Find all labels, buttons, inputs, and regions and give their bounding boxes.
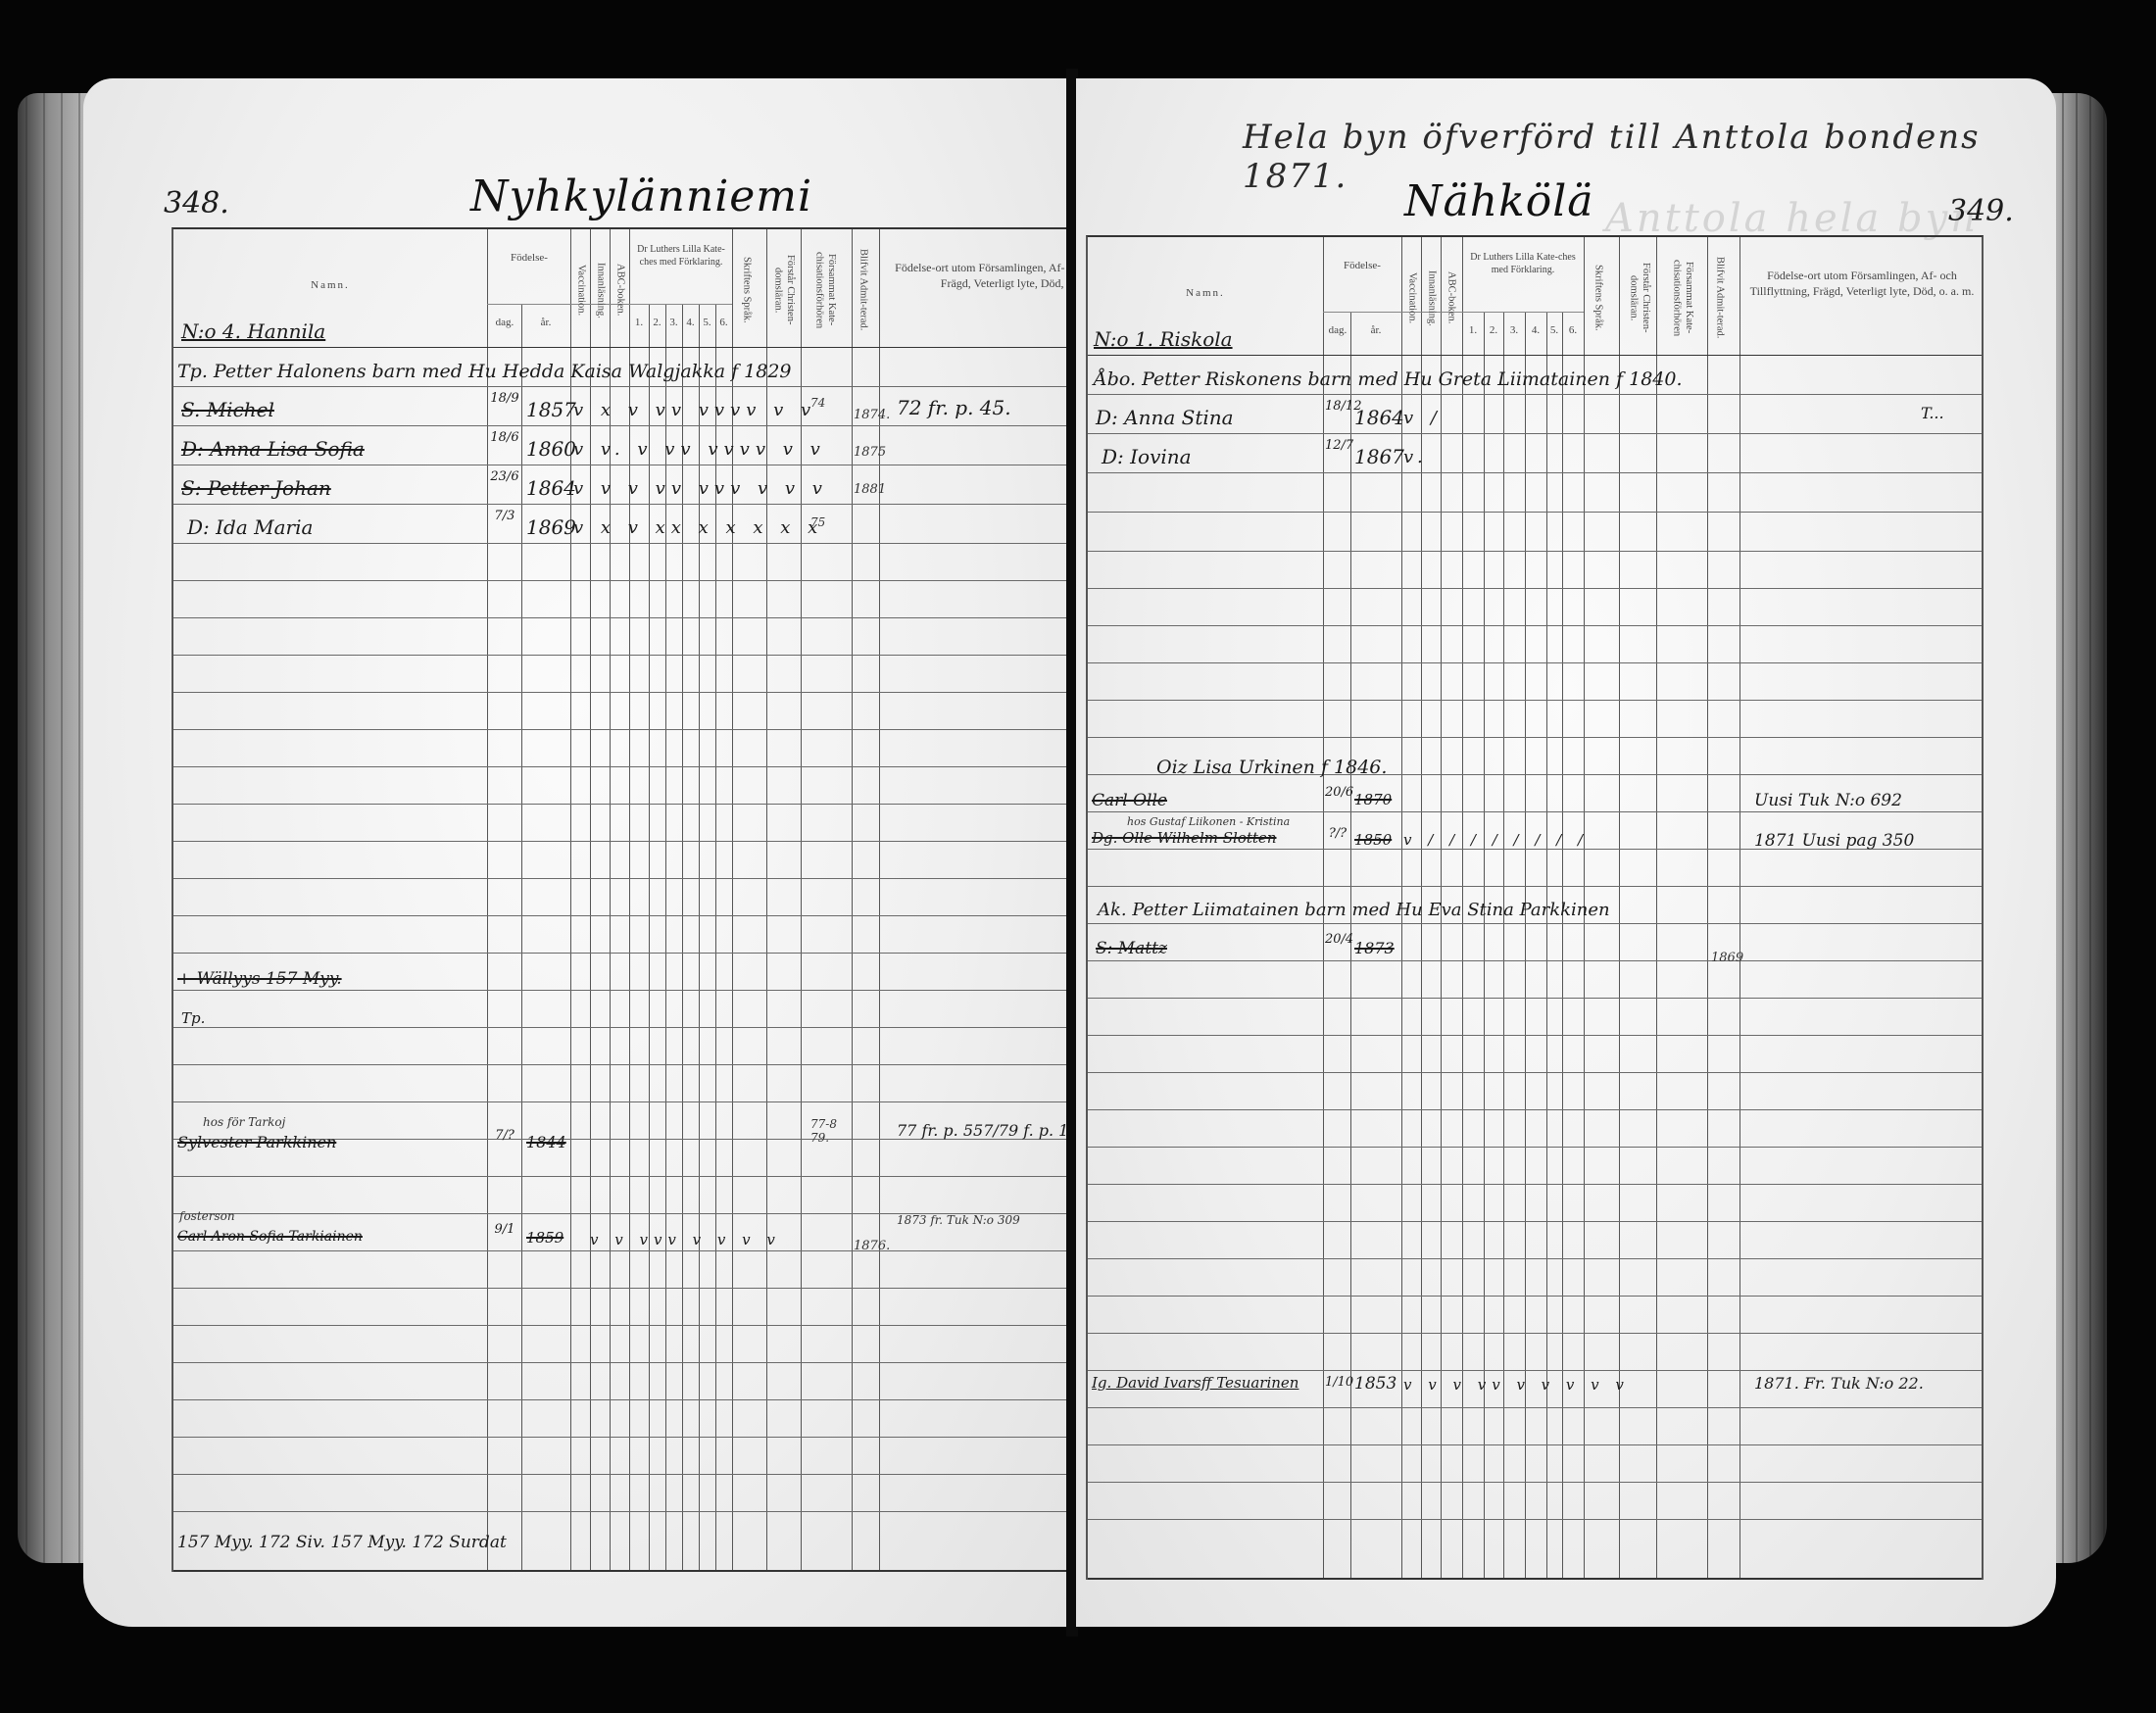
header-birth: Födelse- bbox=[489, 251, 569, 265]
header-abc-book: ABC-boken. bbox=[613, 237, 626, 343]
household-head-entry: Ak. Petter Liimatainen barn med Hu Eva S… bbox=[1098, 900, 1610, 920]
foster-note: hos för Tarkoj bbox=[203, 1115, 285, 1129]
birth-day: 9/1 bbox=[489, 1223, 520, 1237]
remark: 1871. Fr. Tuk N:o 22. bbox=[1754, 1374, 1924, 1393]
register-table-right: Namn. Födelse- dag. år. Vaccination. Inn… bbox=[1086, 235, 1984, 1580]
exam-marks: v. bbox=[1403, 447, 1429, 467]
register-table-left: Namn. Födelse- dag. år. Vaccination. Inn… bbox=[171, 227, 1163, 1572]
entry-note: hos Gustaf Liikonen - Kristina bbox=[1127, 815, 1290, 828]
village-title-left: Nyhkylänniemi bbox=[470, 171, 812, 221]
exam-marks: v x v vv vvvv v v bbox=[573, 400, 816, 420]
exam-marks: v / bbox=[1403, 408, 1443, 428]
person-name: Carl Aron Sofia Tarkiainen bbox=[177, 1229, 363, 1245]
page-number-right: 349. bbox=[1948, 194, 2014, 228]
header-catechism-5: 5. bbox=[699, 316, 715, 329]
header-christian-doctrine: Förstår Christen-domsläran. bbox=[771, 237, 796, 343]
household-head-entry: Åbo. Petter Riskonens barn med Hu Greta … bbox=[1094, 368, 1683, 390]
birth-year: 1860 bbox=[526, 437, 576, 461]
birth-year: 1864 bbox=[1354, 406, 1404, 429]
header-catechism: Dr Luthers Lilla Kate-ches med Förklarin… bbox=[1463, 251, 1583, 276]
exam-marks: v v v vv vvv v v v bbox=[573, 478, 828, 499]
remark: 72 fr. p. 45. bbox=[897, 396, 1011, 419]
person-name: S. Michel bbox=[181, 398, 274, 421]
header-admitted: Blifvit Admit-terad. bbox=[1713, 245, 1726, 351]
birth-year: 1859 bbox=[526, 1229, 563, 1247]
header-catechism-5: 5. bbox=[1546, 323, 1562, 337]
admitted-year: 1875 bbox=[854, 445, 886, 460]
header-catechism-6: 6. bbox=[1562, 323, 1584, 337]
birth-day: 7/3 bbox=[489, 510, 520, 523]
header-catechism-2: 2. bbox=[1484, 323, 1503, 337]
header-admitted: Blifvit Admit-terad. bbox=[857, 237, 869, 343]
birth-day: 7/? bbox=[489, 1129, 520, 1143]
header-vaccination: Vaccination. bbox=[1405, 245, 1418, 351]
header-vaccination: Vaccination. bbox=[574, 237, 587, 343]
transfer-note: Hela byn öfverförd till Anttola bondens … bbox=[1243, 118, 2056, 196]
congregation-mark: 74 bbox=[810, 396, 825, 410]
header-birth-year: år. bbox=[1352, 323, 1399, 337]
birth-year: 1853 bbox=[1354, 1374, 1396, 1394]
person-name: D: Anna Stina bbox=[1096, 406, 1234, 429]
remark: 1871 Uusi pag 350 bbox=[1754, 831, 1914, 851]
birth-day: 18/9 bbox=[489, 392, 520, 406]
header-birth-day: dag. bbox=[1325, 323, 1350, 337]
section-heading: Oiz Lisa Urkinen f 1846. bbox=[1156, 757, 1387, 778]
birth-day: 20/6 bbox=[1325, 786, 1350, 800]
remark: T... bbox=[1921, 404, 1944, 422]
village-title-right: Nähkölä bbox=[1404, 176, 1594, 226]
remark: Uusi Tuk N:o 692 bbox=[1754, 791, 1902, 810]
remark: 77 fr. p. 557/79 f. p. 175. bbox=[897, 1121, 1094, 1140]
person-name: S: Mattz bbox=[1096, 939, 1167, 958]
congregation-mark: 77-8 79. bbox=[810, 1117, 846, 1145]
birth-year: 1873 bbox=[1354, 939, 1395, 957]
exam-marks: v v. v vv vvvv v v bbox=[573, 439, 826, 460]
header-congregation-catechism: Försammat Kate-chisationsförhören bbox=[812, 237, 837, 343]
birth-year: 1850 bbox=[1354, 831, 1392, 849]
header-reading: Innanläsning. bbox=[594, 237, 607, 343]
birth-day: 23/6 bbox=[489, 470, 520, 484]
page-number-left: 348. bbox=[164, 186, 229, 220]
person-name: D: Iovina bbox=[1102, 445, 1192, 468]
birth-year: 1864 bbox=[526, 476, 576, 500]
exam-marks: v / / / / / / / / bbox=[1403, 831, 1589, 849]
birth-year: 1857 bbox=[526, 398, 576, 421]
header-catechism-1: 1. bbox=[1462, 323, 1484, 337]
exam-marks: v x v xx x x x x x bbox=[573, 517, 823, 538]
header-name: Namn. bbox=[1156, 286, 1254, 300]
farm-heading: N:o 4. Hannila bbox=[181, 319, 325, 343]
foster-label: fosterson bbox=[179, 1209, 235, 1223]
header-catechism-2: 2. bbox=[649, 316, 665, 329]
header-remarks: Födelse-ort utom Församlingen, Af- och T… bbox=[1749, 269, 1975, 299]
person-name: D: Anna Lisa Sofia bbox=[181, 437, 365, 461]
person-name: Ig. David Ivarsff Tesuarinen bbox=[1092, 1374, 1298, 1392]
birth-year: 1867 bbox=[1354, 445, 1404, 468]
farm-heading: N:o 1. Riskola bbox=[1094, 327, 1233, 351]
header-scripture: Skriftens Språk. bbox=[740, 237, 753, 343]
person-name: S: Petter Johan bbox=[181, 476, 331, 500]
header-reading: Innanläsning. bbox=[1425, 245, 1438, 351]
header-abc-book: ABC-boken. bbox=[1445, 245, 1457, 351]
admitted-year: 1869 bbox=[1711, 951, 1743, 965]
birth-day: 18/12 bbox=[1325, 400, 1350, 414]
person-name: Dg. Olle Wilhelm Slotten bbox=[1092, 829, 1276, 847]
congregation-mark: 75 bbox=[810, 515, 825, 529]
header-birth-year: år. bbox=[523, 316, 568, 329]
birth-year: 1844 bbox=[526, 1133, 566, 1151]
right-page: Hela byn öfverförd till Anttola bondens … bbox=[1076, 78, 2056, 1627]
exam-marks: v v v vv v v v v v bbox=[1403, 1376, 1630, 1394]
header-birth-day: dag. bbox=[489, 316, 520, 329]
header-birth: Födelse- bbox=[1325, 259, 1399, 272]
birth-day: 1/10 bbox=[1325, 1376, 1350, 1390]
birth-year: 1870 bbox=[1354, 791, 1392, 808]
admitted-year: 1881 bbox=[854, 482, 886, 497]
header-name: Namn. bbox=[281, 278, 379, 292]
admitted-year: 1876. bbox=[854, 1239, 890, 1253]
header-catechism-3: 3. bbox=[1503, 323, 1525, 337]
struck-note-sub: Tp. bbox=[181, 1009, 205, 1027]
exam-marks: v v vvv v v v v bbox=[590, 1231, 781, 1248]
header-catechism-4: 4. bbox=[682, 316, 699, 329]
struck-note: + Wällyys 157 Myy. bbox=[177, 969, 342, 989]
person-name: Carl Olle bbox=[1092, 791, 1167, 810]
birth-year: 1869 bbox=[526, 515, 576, 539]
admitted-year: 1874. bbox=[854, 408, 890, 422]
person-name: D: Ida Maria bbox=[187, 515, 313, 539]
header-catechism-1: 1. bbox=[629, 316, 649, 329]
remark: 1873 fr. Tuk N:o 309 bbox=[897, 1213, 1020, 1227]
header-scripture: Skriftens Språk. bbox=[1592, 245, 1604, 351]
header-congregation-catechism: Försammat Kate-chisationsförhören bbox=[1670, 245, 1694, 351]
header-catechism-3: 3. bbox=[665, 316, 682, 329]
header-catechism-4: 4. bbox=[1525, 323, 1546, 337]
birth-day: 12/7 bbox=[1325, 439, 1350, 453]
person-name: Sylvester Parkkinen bbox=[177, 1133, 336, 1151]
footer-tally: 157 Myy. 172 Siv. 157 Myy. 172 Surdat bbox=[177, 1533, 507, 1552]
header-catechism: Dr Luthers Lilla Kate-ches med Förklarin… bbox=[630, 243, 732, 269]
birth-day: ?/? bbox=[1325, 827, 1350, 841]
birth-day: 18/6 bbox=[489, 431, 520, 445]
header-catechism-6: 6. bbox=[715, 316, 732, 329]
header-christian-doctrine: Förstår Christen-domsläran. bbox=[1627, 245, 1651, 351]
birth-day: 20/4 bbox=[1325, 933, 1350, 947]
left-page: 348. Nyhkylänniemi Namn. Födelse- dag. å… bbox=[83, 78, 1068, 1627]
household-head-entry: Tp. Petter Halonens barn med Hu Hedda Ka… bbox=[177, 361, 792, 382]
